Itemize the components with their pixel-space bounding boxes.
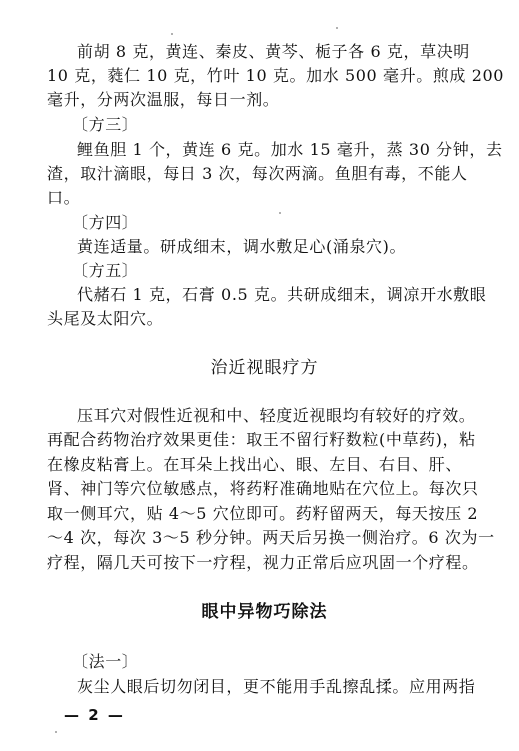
- section-heading: 眼中异物巧除法: [5, 602, 519, 622]
- formula-label: 〔方四〕: [72, 213, 138, 233]
- text-line: 毫升，分两次温服，每日一剂。: [47, 90, 459, 110]
- scan-speck: [171, 33, 173, 35]
- text-line: ～4 次，每次 3～5 秒分钟。两天后另换一侧治疗。6 次为一: [47, 528, 459, 548]
- scan-speck: [55, 731, 57, 733]
- formula-label: 〔方三〕: [72, 115, 138, 135]
- page-number: — 2 —: [64, 706, 125, 724]
- text-line: 在橡皮粘膏上。在耳朵上找出心、眼、左目、右目、肝、: [47, 455, 459, 475]
- formula-label: 〔方五〕: [72, 261, 138, 281]
- text-line: 前胡 8 克，黄连、秦皮、黄芩、栀子各 6 克，草决明: [77, 42, 459, 62]
- text-line: 疗程，隔几天可按下一疗程，视力正常后应巩固一个疗程。: [47, 553, 459, 573]
- book-page: 前胡 8 克，黄连、秦皮、黄芩、栀子各 6 克，草决明 10 克，蕤仁 10 克…: [0, 0, 519, 751]
- section-heading: 治近视眼疗方: [5, 358, 519, 378]
- scan-speck: [336, 27, 338, 29]
- text-line: 鲤鱼胆 1 个，黄连 6 克。加水 15 毫升，蒸 30 分钟，去: [77, 140, 459, 160]
- text-line: 10 克，蕤仁 10 克，竹叶 10 克。加水 500 毫升。煎成 200: [47, 66, 459, 86]
- text-line: 压耳穴对假性近视和中、轻度近视眼均有较好的疗效。: [77, 406, 459, 426]
- text-line: 口。: [47, 188, 459, 208]
- scan-speck: [279, 212, 281, 214]
- text-line: 代赭石 1 克，石膏 0.5 克。共研成细末，调凉开水敷眼: [77, 285, 459, 305]
- text-line: 取一侧耳穴，贴 4～5 穴位即可。药籽留两天，每天按压 2: [47, 504, 459, 524]
- text-line: 灰尘人眼后切勿闭目，更不能用手乱擦乱揉。应用两指: [77, 677, 459, 697]
- text-line: 黄连适量。研成细末，调水敷足心(涌泉穴)。: [77, 237, 459, 257]
- text-line: 再配合药物治疗效果更佳：取王不留行籽数粒(中草药)，粘: [47, 430, 459, 450]
- text-line: 头尾及太阳穴。: [47, 309, 459, 329]
- method-label: 〔法一〕: [72, 652, 138, 672]
- text-line: 肾、神门等穴位敏感点，将药籽准确地贴在穴位上。每次只: [47, 479, 459, 499]
- text-line: 渣，取汁滴眼，每日 3 次，每次两滴。鱼胆有毒，不能人: [47, 164, 459, 184]
